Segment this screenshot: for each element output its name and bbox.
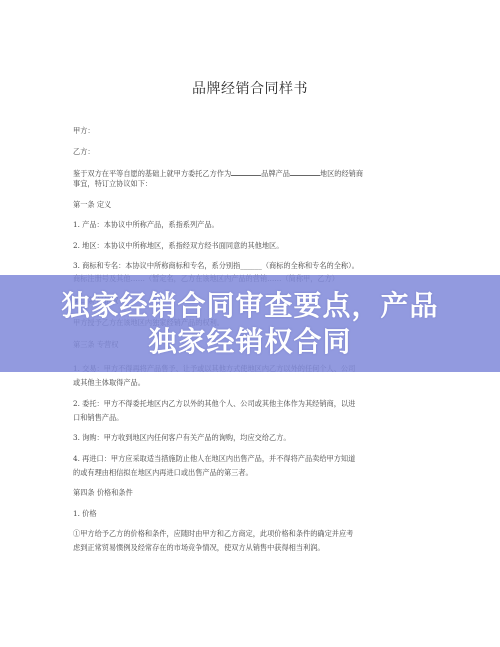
preamble-end: 地区的经销商: [320, 169, 363, 178]
article-1-clause-3: 3. 商标和专名：本协议中所称商标和专名，系分别指______（商标的全称和专名…: [73, 261, 425, 271]
article-3-clause-2-cont: 口和销售产品。: [73, 413, 425, 423]
document-title: 品牌经销合同样书: [0, 78, 500, 98]
blank-field-region: [290, 167, 320, 176]
article-4-price-clause-cont: 虑到正常贸易惯例及经常存在的市场竞争情况，使双方从销售中获得相当利润。: [73, 543, 425, 553]
article-3-clause-4-cont: 的或有理由相信拟在地区内再进口或出售产品的第三者。: [73, 468, 425, 478]
article-3-clause-2: 2. 委托：甲方不得委托地区内乙方以外的其他个人、公司或其他主体作为其经销商，以…: [73, 399, 425, 409]
article-4-price-clause: ①甲方给予乙方的价格和条件，应随时由甲方和乙方商定，此项价格和条件的确定并应考: [73, 529, 425, 539]
party-a-line: 甲方：: [73, 126, 425, 136]
preamble-mid: 品牌产品: [261, 169, 290, 178]
title-overlay-banner: 独家经销合同审查要点，产品 独家经销权合同: [0, 275, 500, 372]
article-4-heading: 第四条 价格和条件: [73, 488, 425, 498]
banner-title-line-2: 独家经销权合同: [148, 324, 351, 360]
article-4-price-heading: 1. 价格: [73, 509, 425, 519]
preamble-text: 鉴于双方在平等自愿的基础上就甲方委托乙方作为: [73, 169, 231, 178]
banner-title-line-1: 独家经销合同审查要点，产品: [61, 288, 438, 324]
preamble-line-2: 事宜，特订立协议如下：: [73, 179, 425, 189]
document-page: 品牌经销合同样书 甲方： 乙方： 鉴于双方在平等自愿的基础上就甲方委托乙方作为品…: [0, 0, 500, 647]
article-3-clause-3: 3. 询购：甲方收到地区内任何客户有关产品的询购，均应交给乙方。: [73, 433, 425, 443]
article-3-clause-4: 4. 再进口：甲方应采取适当措施防止他人在地区内出售产品，并不得将产品卖给甲方知…: [73, 454, 425, 464]
blank-field-brand: [231, 167, 261, 176]
preamble-line-1: 鉴于双方在平等自愿的基础上就甲方委托乙方作为品牌产品地区的经销商: [73, 167, 425, 179]
article-3-clause-1-cont: 或其他主体取得产品。: [73, 378, 425, 388]
article-1-clause-1: 1. 产品：本协议中所称产品，系指系列产品。: [73, 220, 425, 230]
article-1-clause-2: 2. 地区：本协议中所称地区，系指经双方经书面同意的其他地区。: [73, 241, 425, 251]
party-b-line: 乙方：: [73, 147, 425, 157]
article-1-heading: 第一条 定义: [73, 200, 425, 210]
